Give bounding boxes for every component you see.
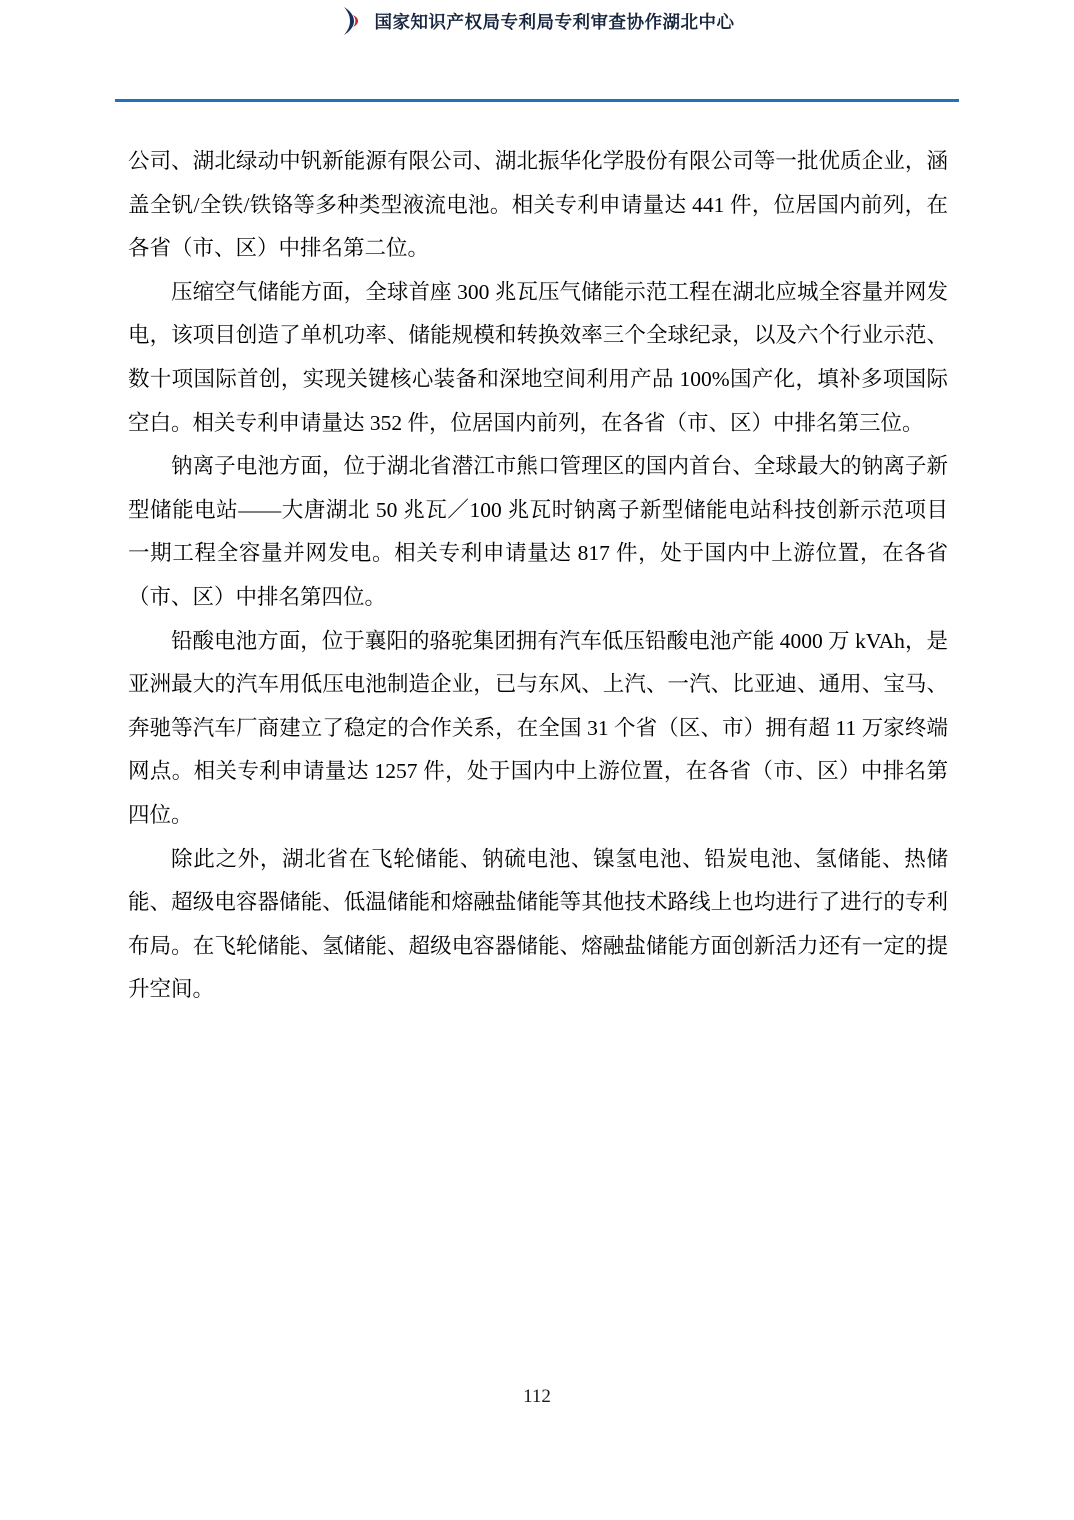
body-paragraph: 钠离子电池方面，位于湖北省潜江市熊口管理区的国内首台、全球最大的钠离子新型储能电… [128, 445, 948, 619]
body-paragraph: 压缩空气储能方面，全球首座 300 兆瓦压气储能示范工程在湖北应城全容量并网发电… [128, 271, 948, 445]
header-title: 国家知识产权局专利局专利审查协作湖北中心 [375, 9, 735, 34]
page-header: 国家知识产权局专利局专利审查协作湖北中心 [0, 0, 1074, 42]
body-paragraph: 铅酸电池方面，位于襄阳的骆驼集团拥有汽车低压铅酸电池产能 4000 万 kVAh… [128, 620, 948, 838]
document-page: 国家知识产权局专利局专利审查协作湖北中心 公司、湖北绿动中钒新能源有限公司、湖北… [0, 0, 1074, 1520]
cnipa-logo-icon [340, 6, 361, 36]
header-rule [115, 99, 959, 102]
document-body: 公司、湖北绿动中钒新能源有限公司、湖北振华化学股份有限公司等一批优质企业，涵盖全… [128, 140, 948, 1012]
body-paragraph: 除此之外，湖北省在飞轮储能、钠硫电池、镍氢电池、铅炭电池、氢储能、热储能、超级电… [128, 838, 948, 1012]
page-footer: 112 [0, 1386, 1074, 1408]
body-paragraph: 公司、湖北绿动中钒新能源有限公司、湖北振华化学股份有限公司等一批优质企业，涵盖全… [128, 140, 948, 271]
page-number: 112 [523, 1386, 551, 1407]
